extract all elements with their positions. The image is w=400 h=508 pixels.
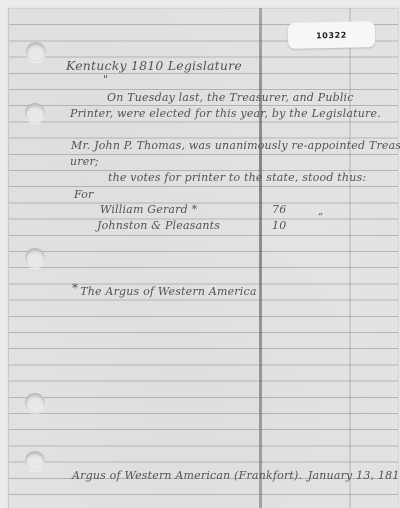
ditto-mark: „: [318, 206, 323, 218]
punch-hole: [25, 451, 45, 471]
scanned-document: 10322 Kentucky 1810 Legislature " On Tue…: [0, 0, 400, 508]
ruled-lines: [9, 9, 398, 508]
footnote: *The Argus of Western America: [72, 284, 257, 298]
punch-hole: [25, 103, 45, 123]
fold-crease-dark: [259, 8, 262, 508]
fold-crease-light: [349, 8, 351, 508]
page-title: Kentucky 1810 Legislature: [66, 58, 242, 73]
asterisk-marker: *: [72, 281, 78, 295]
vote-row-count: 76: [272, 203, 286, 216]
punch-hole: [26, 42, 46, 62]
footnote-text: The Argus of Western America: [80, 285, 256, 298]
paragraph1-line1: On Tuesday last, the Treasurer, and Publ…: [107, 91, 354, 104]
catalog-number: 10322: [316, 30, 347, 40]
opening-quote-mark: ": [103, 73, 108, 86]
source-citation: Argus of Western American (Frankfort). J…: [72, 469, 400, 482]
paragraph1-line2: Printer, were elected for this year, by …: [70, 107, 381, 120]
catalog-label: 10322: [288, 21, 376, 49]
notebook-paper: [8, 8, 399, 508]
vote-row-candidate: William Gerard *: [100, 203, 197, 216]
vote-row-candidate: Johnston & Pleasants: [97, 219, 220, 232]
for-label: For: [74, 188, 94, 201]
paragraph2-line2: urer;: [70, 155, 99, 168]
punch-hole: [25, 393, 45, 413]
vote-row-count: 10: [272, 219, 286, 232]
paragraph2-line1: Mr. John P. Thomas, was unanimously re-a…: [71, 139, 400, 152]
votes-intro: the votes for printer to the state, stoo…: [108, 171, 366, 184]
punch-hole: [25, 248, 45, 268]
